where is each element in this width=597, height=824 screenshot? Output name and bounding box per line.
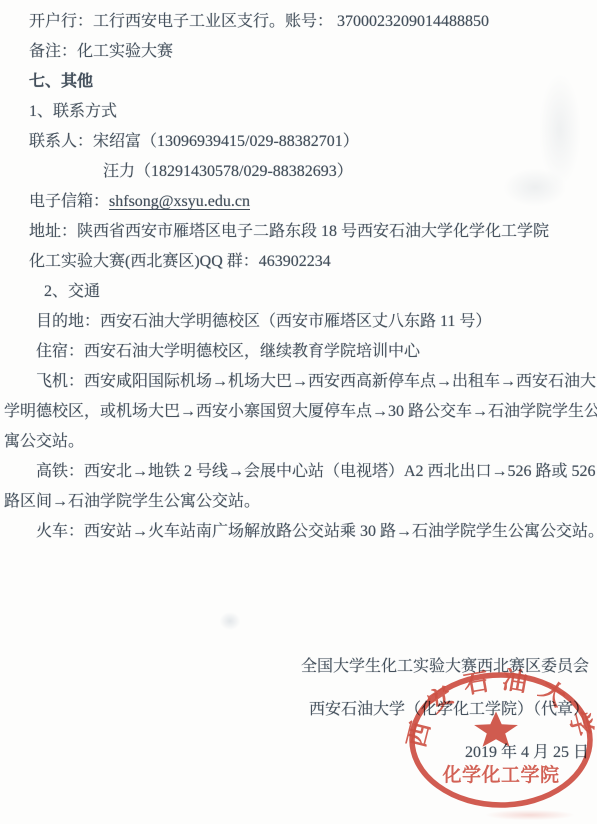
- section-heading-other: 七、其他: [4, 67, 593, 97]
- seal-star-icon: [474, 712, 518, 747]
- plane-route-line-1: 飞机：西安咸阳国际机场→机场大巴→西安西高新停车点→出租车→西安石油大: [4, 367, 593, 397]
- address-line: 地址：陕西省西安市雁塔区电子二路东段 18 号西安石油大学化学化工学院: [4, 217, 593, 247]
- train-route-line: 火车：西安站→火车站南广场解放路公交站乘 30 路→石油学院学生公寓公交站。: [4, 517, 593, 547]
- destination-line: 目的地：西安石油大学明德校区（西安市雁塔区丈八东路 11 号）: [4, 307, 593, 337]
- contact-person-1: 联系人：宋绍富（13096939415/029-88382701）: [4, 127, 593, 157]
- qq-group-line: 化工实验大赛(西北赛区)QQ 群：463902234: [4, 247, 593, 277]
- document-body: 开户行：工行西安电子工业区支行。账号： 3700023209014488850 …: [4, 7, 593, 547]
- email-line: 电子信箱：shfsong@xsyu.edu.cn: [4, 187, 593, 217]
- scanned-document-page: 开户行：工行西安电子工业区支行。账号： 3700023209014488850 …: [0, 0, 597, 824]
- plane-route-line-2: 学明德校区，或机场大巴→西安小寨国贸大厦停车点→30 路公交车→石油学院学生公: [4, 397, 593, 427]
- bank-account-line: 开户行：工行西安电子工业区支行。账号： 3700023209014488850: [4, 7, 593, 37]
- email-label: 电子信箱：: [29, 193, 109, 210]
- highspeed-rail-line-1: 高铁：西安北→地铁 2 号线→会展中心站（电视塔）A2 西北出口→526 路或 …: [4, 457, 593, 487]
- traffic-subheading: 2、交通: [4, 277, 593, 307]
- highspeed-rail-line-2: 路区间→石油学院学生公寓公交站。: [4, 487, 593, 517]
- plane-route-line-3: 寓公交站。: [4, 427, 593, 457]
- contact-subheading: 1、联系方式: [4, 97, 593, 127]
- contact-person-2: 汪力（18291430578/029-88382693）: [4, 157, 593, 187]
- seal-bottom-text: 化学化工学院: [441, 763, 559, 786]
- official-seal-stamp: 西安石油大学 化学化工学院: [403, 668, 597, 814]
- email-link[interactable]: shfsong@xsyu.edu.cn: [109, 193, 250, 210]
- scan-smudge: [215, 608, 245, 634]
- lodging-line: 住宿：西安石油大学明德校区，继续教育学院培训中心: [4, 337, 593, 367]
- remark-line: 备注：化工实验大赛: [4, 37, 593, 67]
